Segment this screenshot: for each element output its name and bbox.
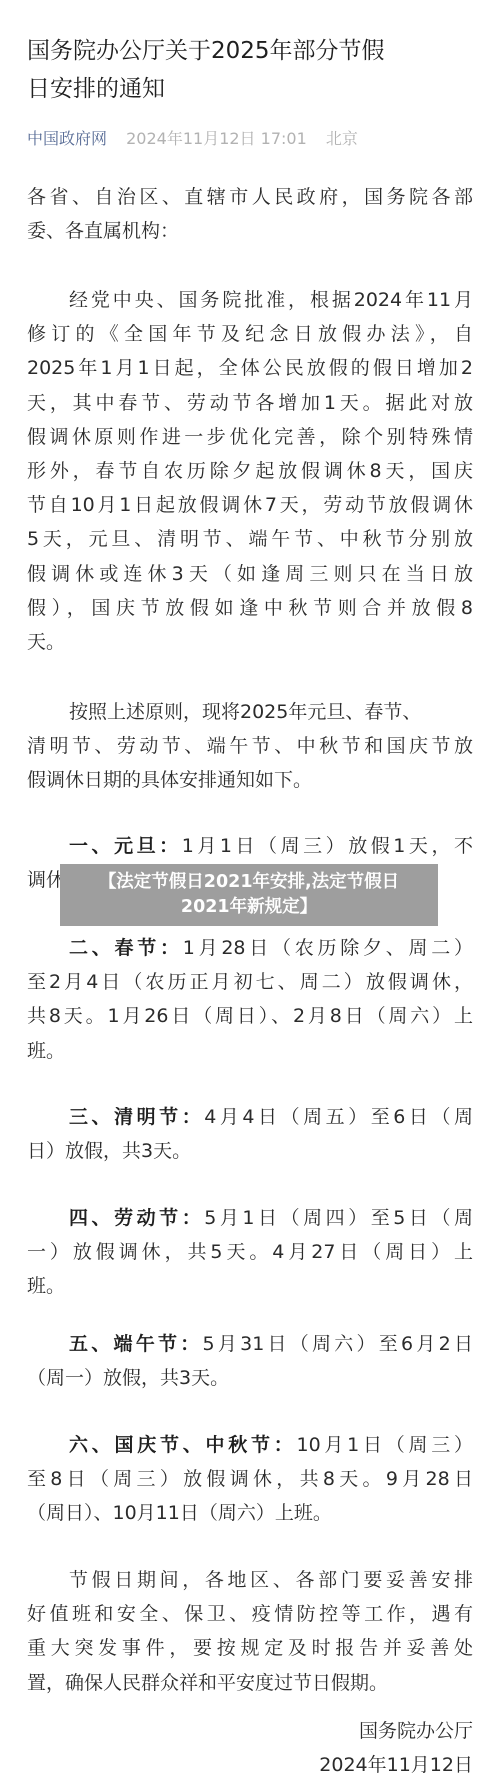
article-title: 国务院办公厅关于2025年部分节假 日安排的通知: [27, 32, 473, 108]
text-line: 假调休原则作进一步优化完善，除个别特殊情: [27, 420, 473, 454]
overlay-caption-banner: 【法定节假日2021年安排,法定节假日 2021年新规定】: [60, 864, 438, 926]
text-line: 天，其中春节、劳动节各增加1天。据此对放: [27, 386, 473, 420]
text-line: 置，确保人民群众祥和平安度过节日假期。: [27, 1666, 473, 1700]
text-line: 日）放假，共3天。: [27, 1134, 473, 1168]
salutation: 各省、自治区、直辖市人民政府，国务院各部 委、各直属机构：: [27, 180, 473, 248]
text-line: 10月1日（周三）: [296, 1434, 473, 1456]
article-meta: 中国政府网 2024年11月12日 17:01 北京: [27, 127, 358, 151]
holiday-heading: 三、清明节：: [69, 1106, 204, 1128]
signature-org: 国务院办公厅: [27, 1714, 473, 1748]
overlay-line: 2021年新规定】: [60, 895, 438, 920]
text-line: 1月1日（周三）放假1天，不: [182, 835, 473, 857]
holiday-heading: 一、元旦：: [69, 835, 182, 857]
holiday-qingming: 三、清明节：4月4日（周五）至6日（周 日）放假，共3天。: [27, 1100, 473, 1168]
text-line: 5月31日（周六）至6月2日: [203, 1333, 473, 1355]
holiday-heading: 六、国庆节、中秋节：: [69, 1434, 296, 1456]
text-line: 清明节、劳动节、端午节、中秋节和国庆节放: [27, 729, 473, 763]
text-line: 节假日期间，各地区、各部门要妥善安排: [27, 1563, 473, 1597]
text-line: 各省、自治区、直辖市人民政府，国务院各部: [27, 180, 473, 214]
text-line: 至8日（周三）放假调休，共8天。9月28日: [27, 1462, 473, 1496]
text-line: （周日）、10月11日（周六）上班。: [27, 1496, 473, 1530]
holiday-national-mid-autumn: 六、国庆节、中秋节：10月1日（周三） 至8日（周三）放假调休，共8天。9月28…: [27, 1428, 473, 1531]
signature: 国务院办公厅 2024年11月12日: [27, 1714, 473, 1782]
text-line: 假），国庆节放假如逢中秋节则合并放假8: [27, 591, 473, 625]
holiday-heading: 五、端午节：: [69, 1333, 203, 1355]
holiday-labor-day: 四、劳动节：5月1日（周四）至5日（周 一）放假调休，共5天。4月27日（周日）…: [27, 1201, 473, 1304]
text-line: 班。: [27, 1269, 473, 1303]
text-line: 班。: [27, 1034, 473, 1068]
intro-paragraph: 经党中央、国务院批准，根据2024年11月 修订的《全国年节及纪念日放假办法》，…: [27, 283, 473, 659]
text-line: 重大突发事件，要按规定及时报告并妥善处: [27, 1631, 473, 1665]
text-line: 按照上述原则，现将2025年元旦、春节、: [27, 695, 473, 729]
text-line: 委、各直属机构：: [27, 214, 473, 248]
holiday-spring-festival: 二、春节：1月28日（农历除夕、周二） 至2月4日（农历正月初七、周二）放假调休…: [27, 931, 473, 1068]
text-line: 经党中央、国务院批准，根据2024年11月: [27, 283, 473, 317]
title-line: 日安排的通知: [27, 70, 473, 108]
text-line: 1月28日（农历除夕、周二）: [183, 937, 473, 959]
text-line: 修订的《全国年节及纪念日放假办法》，自: [27, 317, 473, 351]
text-line: 共8天。1月26日（周日）、2月8日（周六）上: [27, 999, 473, 1033]
text-line: 至2月4日（农历正月初七、周二）放假调休，: [27, 965, 473, 999]
closing-paragraph: 节假日期间，各地区、各部门要妥善安排 好值班和安全、保卫、疫情防控等工作，遇有 …: [27, 1563, 473, 1700]
text-line: 5月1日（周四）至5日（周: [204, 1207, 473, 1229]
text-line: 一）放假调休，共5天。4月27日（周日）上: [27, 1235, 473, 1269]
text-line: 假调休或连休3天（如逢周三则只在当日放: [27, 557, 473, 591]
holiday-heading: 二、春节：: [69, 937, 183, 959]
holiday-heading: 四、劳动节：: [69, 1207, 204, 1229]
publish-location: 北京: [326, 129, 358, 148]
text-line: （周一）放假，共3天。: [27, 1361, 473, 1395]
holiday-dragon-boat: 五、端午节：5月31日（周六）至6月2日 （周一）放假，共3天。: [27, 1327, 473, 1395]
text-line: 节自10月1日起放假调休7天，劳动节放假调休: [27, 488, 473, 522]
text-line: 天。: [27, 625, 473, 659]
text-line: 假调休日期的具体安排通知如下。: [27, 763, 473, 797]
notice-paragraph: 按照上述原则，现将2025年元旦、春节、 清明节、劳动节、端午节、中秋节和国庆节…: [27, 695, 473, 798]
text-line: 好值班和安全、保卫、疫情防控等工作，遇有: [27, 1597, 473, 1631]
text-line: 形外，春节自农历除夕起放假调休8天，国庆: [27, 454, 473, 488]
signature-date: 2024年11月12日: [27, 1748, 473, 1782]
text-line: 4月4日（周五）至6日（周: [204, 1106, 473, 1128]
overlay-line: 【法定节假日2021年安排,法定节假日: [60, 870, 438, 895]
text-line: 2025年1月1日起，全体公民放假的假日增加2: [27, 351, 473, 385]
title-line: 国务院办公厅关于2025年部分节假: [27, 32, 473, 70]
source-link[interactable]: 中国政府网: [27, 129, 107, 148]
text-line: 5天，元旦、清明节、端午节、中秋节分别放: [27, 522, 473, 556]
publish-time: 2024年11月12日 17:01: [126, 129, 307, 148]
